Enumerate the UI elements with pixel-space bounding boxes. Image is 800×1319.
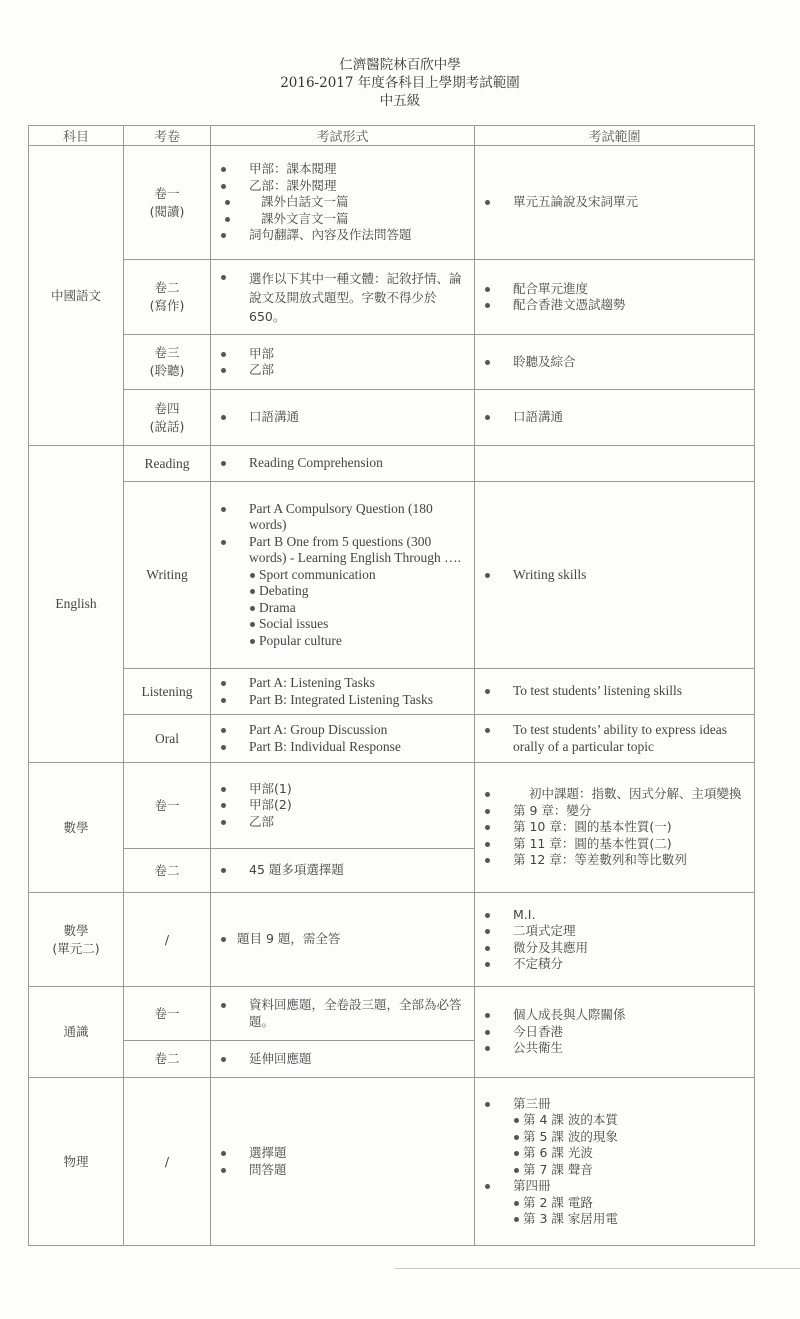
paper-name: 卷一: [124, 185, 210, 203]
col-header-subject: 科目: [29, 126, 124, 146]
table-row: 物理 / 選擇題 問答題 第三冊 第 4 課 波的本質 第 5 課 波的現象 第…: [29, 1078, 755, 1246]
format-cell: 45 題多項選擇題: [211, 849, 475, 893]
col-header-scope: 考試範圍: [475, 126, 755, 146]
sub-list-item: 課外白話文一篇: [221, 194, 468, 211]
format-cell: 資料回應題，全卷設三題，全部為必答題。: [211, 987, 475, 1041]
volume-label: 第四冊: [513, 1178, 551, 1193]
table-row: 數學 (單元二) / 題目 9 題，需全答 M.I. 二項式定理 微分及其應用 …: [29, 893, 755, 987]
list-item: Part B: Individual Response: [217, 739, 468, 756]
format-cell: 題目 9 題，需全答: [211, 893, 475, 987]
scope-cell: Writing skills: [475, 482, 755, 669]
subject-cell: 中國語文: [29, 146, 124, 446]
paper-cell: 卷二: [124, 1041, 211, 1078]
list-item: 單元五論說及宋詞單元: [481, 194, 748, 211]
format-cell: Part A: Listening Tasks Part B: Integrat…: [211, 669, 475, 715]
scan-artifact-line: [395, 1268, 800, 1269]
list-item: 聆聽及綜合: [481, 354, 748, 371]
scope-cell: 口語溝通: [475, 390, 755, 446]
format-cell: Reading Comprehension: [211, 446, 475, 482]
list-item: 詞句翻譯、內容及作法問答題: [217, 227, 468, 244]
table-row: 卷三 (聆聽) 甲部 乙部 聆聽及綜合: [29, 335, 755, 390]
list-item: 乙部：課外閱理 課外白話文一篇 課外文言文一篇: [217, 178, 468, 228]
sub-list-item: 第 5 課 波的現象: [513, 1129, 748, 1146]
paper-cell: 卷二 (寫作): [124, 260, 211, 335]
list-item: Writing skills: [481, 567, 748, 584]
subject-cell: English: [29, 446, 124, 763]
paper-name: 卷四: [124, 400, 210, 418]
table-row: 中國語文 卷一 (閱讀) 甲部：課本閱理 乙部：課外閱理 課外白話文一篇 課外文…: [29, 146, 755, 260]
scope-cell: 第三冊 第 4 課 波的本質 第 5 課 波的現象 第 6 課 光波 第 7 課…: [475, 1078, 755, 1246]
list-item: 資料回應題，全卷設三題，全部為必答題。: [217, 997, 468, 1030]
sub-list-item: 第 6 課 光波: [513, 1145, 748, 1162]
list-item: 第 12 章：等差數列和等比數列: [481, 852, 748, 869]
paper-name: 卷三: [124, 344, 210, 362]
scope-cell: 個人成長與人際關係 今日香港 公共衛生: [475, 987, 755, 1078]
sub-list-item: 第 2 課 電路: [513, 1195, 748, 1212]
list-item: 配合香港文憑試趨勢: [481, 297, 748, 314]
list-item: To test students’ listening skills: [481, 683, 748, 700]
paper-sub: (寫作): [124, 297, 210, 315]
scope-cell: 配合單元進度 配合香港文憑試趨勢: [475, 260, 755, 335]
list-item: 45 題多項選擇題: [217, 862, 468, 879]
col-header-paper: 考卷: [124, 126, 211, 146]
paper-cell: Writing: [124, 482, 211, 669]
subject-cell: 數學 (單元二): [29, 893, 124, 987]
table-row: English Reading Reading Comprehension: [29, 446, 755, 482]
format-cell: 選擇題 問答題: [211, 1078, 475, 1246]
table-row: 卷四 (說話) 口語溝通 口語溝通: [29, 390, 755, 446]
paper-sub: (閱讀): [124, 203, 210, 221]
list-item: Part A: Listening Tasks: [217, 675, 468, 692]
paper-cell: Listening: [124, 669, 211, 715]
subject-name: 數學: [29, 922, 123, 940]
format-cell: 選作以下其中一種文體：記敘抒情、論說文及開放式題型。字數不得少於 650。: [211, 260, 475, 335]
paper-cell: 卷一: [124, 763, 211, 849]
list-item: 乙部: [217, 362, 468, 379]
list-item: 口語溝通: [217, 409, 468, 426]
scope-cell: To test students’ listening skills: [475, 669, 755, 715]
format-cell: 口語溝通: [211, 390, 475, 446]
scope-cell: M.I. 二項式定理 微分及其應用 不定積分: [475, 893, 755, 987]
scope-cell: 初中課題：指數、因式分解、主項變換 第 9 章：變分 第 10 章：圓的基本性質…: [475, 763, 755, 893]
list-item: Part B One from 5 questions (300 words) …: [217, 534, 468, 567]
format-cell: Part A: Group Discussion Part B: Individ…: [211, 715, 475, 763]
grade-label: 中五級: [0, 92, 800, 110]
paper-cell: Reading: [124, 446, 211, 482]
subject-cell: 通識: [29, 987, 124, 1078]
sub-list-item: Drama: [249, 600, 474, 617]
list-item: 第 9 章：變分: [481, 803, 748, 820]
list-item-text: 乙部：課外閱理: [249, 178, 337, 193]
document-header: 仁濟醫院林百欣中學 2016-2017 年度各科目上學期考試範圍 中五級: [0, 56, 800, 110]
paper-cell: 卷三 (聆聽): [124, 335, 211, 390]
scope-cell: [475, 446, 755, 482]
subject-cell: 物理: [29, 1078, 124, 1246]
list-item: 甲部(2): [217, 797, 468, 814]
list-item: 延伸回應題: [217, 1051, 468, 1068]
sub-list-item: Social issues: [249, 616, 474, 633]
format-cell: 甲部：課本閱理 乙部：課外閱理 課外白話文一篇 課外文言文一篇 詞句翻譯、內容及…: [211, 146, 475, 260]
list-item: 選擇題: [217, 1145, 468, 1162]
list-item: 題目 9 題，需全答: [217, 931, 468, 948]
paper-cell: 卷四 (說話): [124, 390, 211, 446]
sub-list-item: 第 3 課 家居用電: [513, 1211, 748, 1228]
list-item: 個人成長與人際關係: [481, 1007, 748, 1024]
paper-cell: 卷一 (閱讀): [124, 146, 211, 260]
list-item: 今日香港: [481, 1024, 748, 1041]
table-row: 卷二 (寫作) 選作以下其中一種文體：記敘抒情、論說文及開放式題型。字數不得少於…: [29, 260, 755, 335]
list-item: 口語溝通: [481, 409, 748, 426]
sub-list-item: 第 4 課 波的本質: [513, 1112, 748, 1129]
sub-list-item: Sport communication: [249, 567, 474, 584]
table-row: Writing Part A Compulsory Question (180 …: [29, 482, 755, 669]
col-header-format: 考試形式: [211, 126, 475, 146]
scope-cell: 單元五論說及宋詞單元: [475, 146, 755, 260]
list-item: 甲部：課本閱理: [217, 161, 468, 178]
subject-sub: (單元二): [29, 940, 123, 958]
list-item: 問答題: [217, 1162, 468, 1179]
table-row: Listening Part A: Listening Tasks Part B…: [29, 669, 755, 715]
list-item: Part A Compulsory Question (180 words): [217, 501, 468, 534]
format-cell: 延伸回應題: [211, 1041, 475, 1078]
table-row: 通識 卷一 資料回應題，全卷設三題，全部為必答題。 個人成長與人際關係 今日香港…: [29, 987, 755, 1041]
list-item: 第 11 章：圓的基本性質(二): [481, 836, 748, 853]
table-row: 數學 卷一 甲部(1) 甲部(2) 乙部 初中課題：指數、因式分解、主項變換 第…: [29, 763, 755, 849]
scope-cell: To test students’ ability to express ide…: [475, 715, 755, 763]
list-item: 配合單元進度: [481, 281, 748, 298]
list-item: Part B: Integrated Listening Tasks: [217, 692, 468, 709]
table-row: Oral Part A: Group Discussion Part B: In…: [29, 715, 755, 763]
list-item: 二項式定理: [481, 923, 748, 940]
list-item: 不定積分: [481, 956, 748, 973]
list-item: To test students’ ability to express ide…: [481, 722, 748, 755]
paper-cell: Oral: [124, 715, 211, 763]
format-cell: 甲部(1) 甲部(2) 乙部: [211, 763, 475, 849]
list-item: 乙部: [217, 814, 468, 831]
list-item: 第四冊 第 2 課 電路 第 3 課 家居用電: [481, 1178, 748, 1228]
list-item: 甲部(1): [217, 781, 468, 798]
list-item: M.I.: [481, 907, 748, 924]
list-item: 微分及其應用: [481, 940, 748, 957]
sub-list-item: Debating: [249, 583, 474, 600]
sub-list-item: 第 7 課 聲音: [513, 1162, 748, 1179]
list-item: 甲部: [217, 346, 468, 363]
subject-cell: 數學: [29, 763, 124, 893]
list-item: Part A: Group Discussion: [217, 722, 468, 739]
paper-cell: /: [124, 1078, 211, 1246]
exam-scope-table: 科目 考卷 考試形式 考試範圍 中國語文 卷一 (閱讀) 甲部：課本閱理 乙部：…: [28, 125, 755, 1246]
list-item: 選作以下其中一種文體：記敘抒情、論說文及開放式題型。字數不得少於 650。: [217, 269, 468, 326]
paper-sub: (聆聽): [124, 362, 210, 380]
document-title: 2016-2017 年度各科目上學期考試範圍: [0, 74, 800, 92]
sub-list-item: 課外文言文一篇: [221, 211, 468, 228]
school-name: 仁濟醫院林百欣中學: [0, 56, 800, 74]
list-item: 第 10 章：圓的基本性質(一): [481, 819, 748, 836]
list-item: 初中課題：指數、因式分解、主項變換: [481, 786, 748, 803]
list-item: Reading Comprehension: [217, 455, 468, 472]
format-cell: Part A Compulsory Question (180 words) P…: [211, 482, 475, 669]
paper-sub: (說話): [124, 418, 210, 436]
paper-cell: 卷二: [124, 849, 211, 893]
paper-cell: /: [124, 893, 211, 987]
format-cell: 甲部 乙部: [211, 335, 475, 390]
sub-list-item: Popular culture: [249, 633, 474, 650]
paper-cell: 卷一: [124, 987, 211, 1041]
list-item: 公共衛生: [481, 1040, 748, 1057]
volume-label: 第三冊: [513, 1096, 551, 1111]
scope-cell: 聆聽及綜合: [475, 335, 755, 390]
table-header-row: 科目 考卷 考試形式 考試範圍: [29, 126, 755, 146]
paper-name: 卷二: [124, 279, 210, 297]
list-item: 第三冊 第 4 課 波的本質 第 5 課 波的現象 第 6 課 光波 第 7 課…: [481, 1096, 748, 1179]
